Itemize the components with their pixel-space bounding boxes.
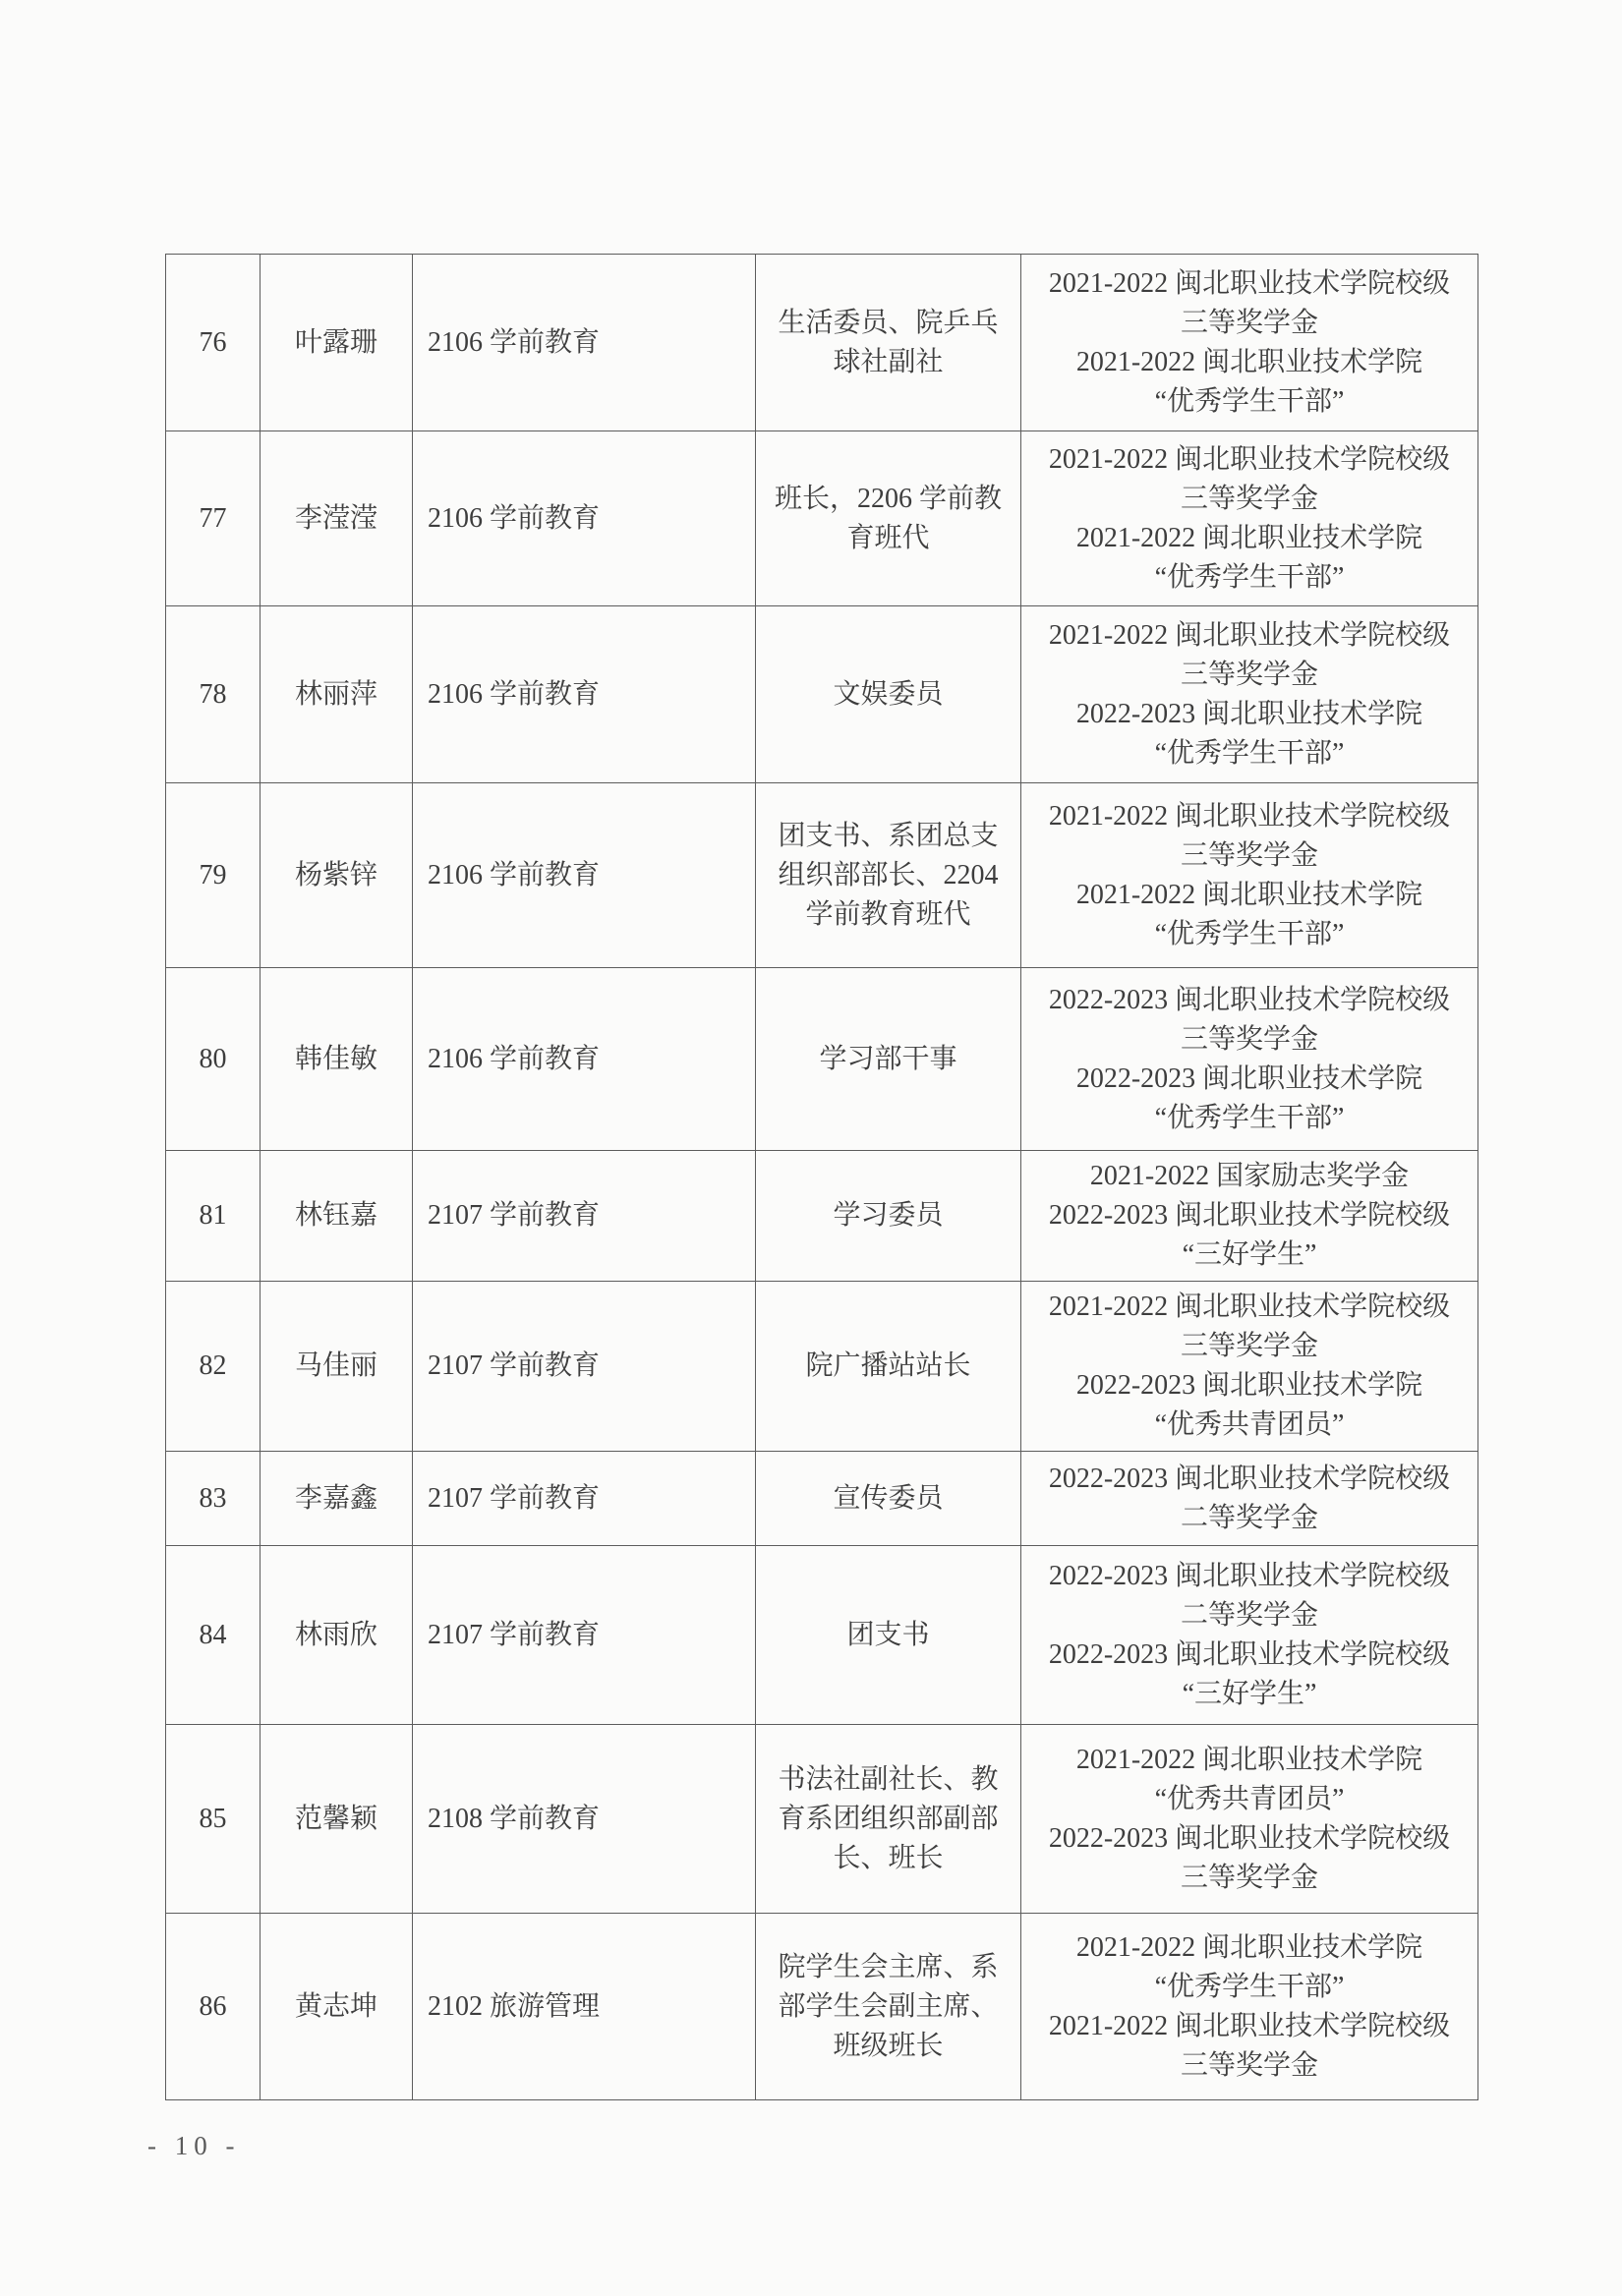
- table-row: 78 林丽萍 2106 学前教育 文娱委员 2021-2022 闽北职业技术学院…: [166, 606, 1478, 783]
- table-row: 86 黄志坤 2102 旅游管理 院学生会主席、系 部学生会副主席、 班级班长 …: [166, 1914, 1478, 2100]
- name-cell: 叶露珊: [261, 255, 413, 431]
- awards-cell: 2021-2022 闽北职业技术学院校级 三等奖学金 2021-2022 闽北职…: [1021, 431, 1478, 606]
- awards-cell: 2021-2022 闽北职业技术学院 “优秀共青团员” 2022-2023 闽北…: [1021, 1725, 1478, 1914]
- document-page: 76 叶露珊 2106 学前教育 生活委员、院乒乓 球社副社 2021-2022…: [0, 0, 1622, 2296]
- row-no-cell: 85: [166, 1725, 261, 1914]
- row-no-cell: 83: [166, 1452, 261, 1546]
- class-cell: 2106 学前教育: [413, 431, 756, 606]
- awards-cell: 2021-2022 闽北职业技术学院校级 三等奖学金 2022-2023 闽北职…: [1021, 1282, 1478, 1452]
- class-cell: 2106 学前教育: [413, 783, 756, 968]
- position-cell: 院学生会主席、系 部学生会副主席、 班级班长: [756, 1914, 1021, 2100]
- row-no-cell: 80: [166, 968, 261, 1151]
- position-cell: 书法社副社长、教 育系团组织部副部 长、班长: [756, 1725, 1021, 1914]
- class-cell: 2108 学前教育: [413, 1725, 756, 1914]
- awards-cell: 2021-2022 闽北职业技术学院 “优秀学生干部” 2021-2022 闽北…: [1021, 1914, 1478, 2100]
- row-no-cell: 78: [166, 606, 261, 783]
- position-cell: 院广播站站长: [756, 1282, 1021, 1452]
- name-cell: 李嘉鑫: [261, 1452, 413, 1546]
- position-cell: 学习部干事: [756, 968, 1021, 1151]
- table-row: 82 马佳丽 2107 学前教育 院广播站站长 2021-2022 闽北职业技术…: [166, 1282, 1478, 1452]
- awards-cell: 2021-2022 国家励志奖学金 2022-2023 闽北职业技术学院校级 “…: [1021, 1151, 1478, 1282]
- row-no-cell: 84: [166, 1546, 261, 1725]
- class-cell: 2107 学前教育: [413, 1546, 756, 1725]
- class-cell: 2106 学前教育: [413, 968, 756, 1151]
- name-cell: 杨紫锌: [261, 783, 413, 968]
- awards-cell: 2021-2022 闽北职业技术学院校级 三等奖学金 2021-2022 闽北职…: [1021, 255, 1478, 431]
- class-cell: 2107 学前教育: [413, 1151, 756, 1282]
- awards-cell: 2022-2023 闽北职业技术学院校级 二等奖学金 2022-2023 闽北职…: [1021, 1546, 1478, 1725]
- table-row: 79 杨紫锌 2106 学前教育 团支书、系团总支 组织部部长、2204 学前教…: [166, 783, 1478, 968]
- table-row: 80 韩佳敏 2106 学前教育 学习部干事 2022-2023 闽北职业技术学…: [166, 968, 1478, 1151]
- position-cell: 文娱委员: [756, 606, 1021, 783]
- name-cell: 林雨欣: [261, 1546, 413, 1725]
- class-cell: 2107 学前教育: [413, 1452, 756, 1546]
- table-row: 81 林钰嘉 2107 学前教育 学习委员 2021-2022 国家励志奖学金 …: [166, 1151, 1478, 1282]
- position-cell: 学习委员: [756, 1151, 1021, 1282]
- row-no-cell: 81: [166, 1151, 261, 1282]
- students-awards-table: 76 叶露珊 2106 学前教育 生活委员、院乒乓 球社副社 2021-2022…: [165, 254, 1478, 2100]
- row-no-cell: 86: [166, 1914, 261, 2100]
- position-cell: 团支书: [756, 1546, 1021, 1725]
- position-cell: 生活委员、院乒乓 球社副社: [756, 255, 1021, 431]
- name-cell: 韩佳敏: [261, 968, 413, 1151]
- row-no-cell: 76: [166, 255, 261, 431]
- row-no-cell: 82: [166, 1282, 261, 1452]
- class-cell: 2106 学前教育: [413, 606, 756, 783]
- class-cell: 2106 学前教育: [413, 255, 756, 431]
- table-row: 83 李嘉鑫 2107 学前教育 宣传委员 2022-2023 闽北职业技术学院…: [166, 1452, 1478, 1546]
- name-cell: 林钰嘉: [261, 1151, 413, 1282]
- row-no-cell: 79: [166, 783, 261, 968]
- class-cell: 2102 旅游管理: [413, 1914, 756, 2100]
- awards-cell: 2021-2022 闽北职业技术学院校级 三等奖学金 2022-2023 闽北职…: [1021, 606, 1478, 783]
- position-cell: 班长，2206 学前教 育班代: [756, 431, 1021, 606]
- class-cell: 2107 学前教育: [413, 1282, 756, 1452]
- position-cell: 团支书、系团总支 组织部部长、2204 学前教育班代: [756, 783, 1021, 968]
- awards-cell: 2022-2023 闽北职业技术学院校级 二等奖学金: [1021, 1452, 1478, 1546]
- table-row: 76 叶露珊 2106 学前教育 生活委员、院乒乓 球社副社 2021-2022…: [166, 255, 1478, 431]
- table-row: 77 李滢滢 2106 学前教育 班长，2206 学前教 育班代 2021-20…: [166, 431, 1478, 606]
- name-cell: 黄志坤: [261, 1914, 413, 2100]
- position-cell: 宣传委员: [756, 1452, 1021, 1546]
- name-cell: 范馨颖: [261, 1725, 413, 1914]
- name-cell: 马佳丽: [261, 1282, 413, 1452]
- table-row: 85 范馨颖 2108 学前教育 书法社副社长、教 育系团组织部副部 长、班长 …: [166, 1725, 1478, 1914]
- awards-cell: 2021-2022 闽北职业技术学院校级 三等奖学金 2021-2022 闽北职…: [1021, 783, 1478, 968]
- name-cell: 林丽萍: [261, 606, 413, 783]
- table-row: 84 林雨欣 2107 学前教育 团支书 2022-2023 闽北职业技术学院校…: [166, 1546, 1478, 1725]
- page-number: - 10 -: [147, 2131, 240, 2161]
- name-cell: 李滢滢: [261, 431, 413, 606]
- row-no-cell: 77: [166, 431, 261, 606]
- awards-cell: 2022-2023 闽北职业技术学院校级 三等奖学金 2022-2023 闽北职…: [1021, 968, 1478, 1151]
